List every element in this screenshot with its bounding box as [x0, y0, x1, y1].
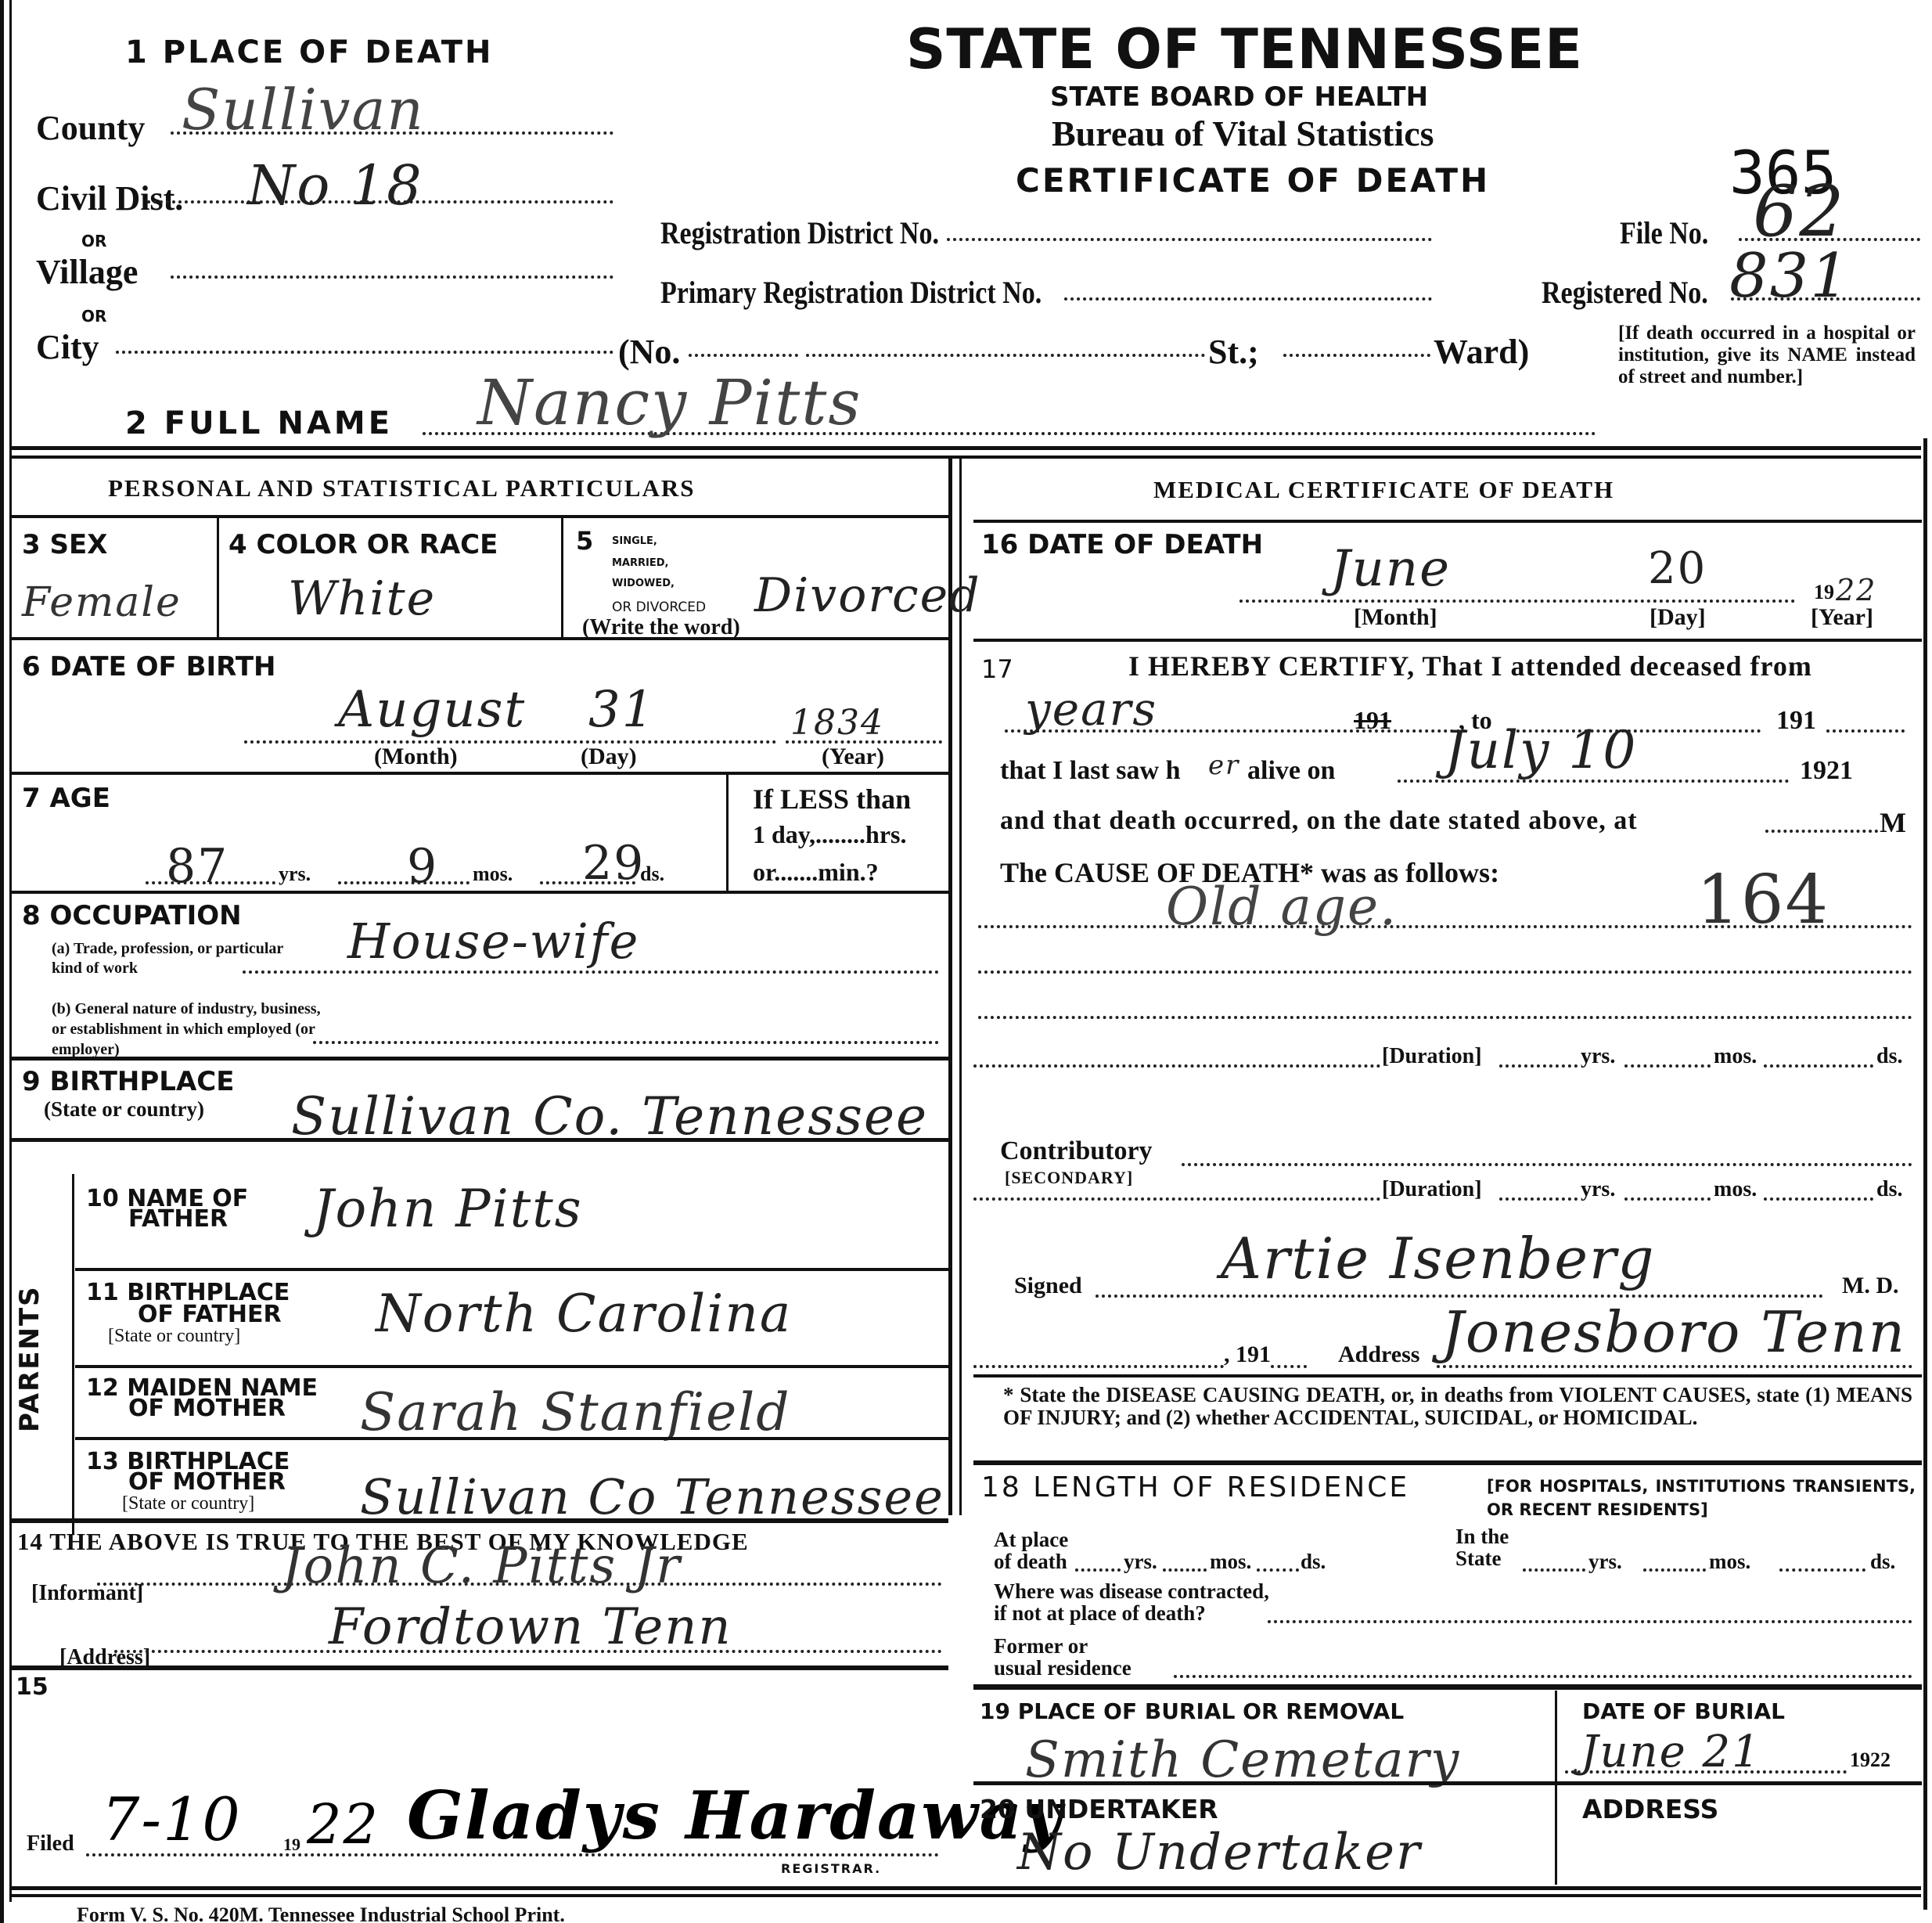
informant-value: John C. Pitts Jr	[282, 1537, 682, 1595]
burial-date-year: 1922	[1850, 1748, 1891, 1772]
secondary-label: [SECONDARY]	[1005, 1168, 1133, 1188]
father-birthplace-label-2: OF FATHER	[138, 1301, 282, 1328]
at-place-mos: mos.	[1210, 1550, 1251, 1574]
cause-footnote: * State the DISEASE CAUSING DEATH, or, i…	[1003, 1384, 1912, 1429]
contributory-label: Contributory	[1000, 1136, 1153, 1166]
duration-yrs-1: yrs.	[1581, 1044, 1615, 1069]
cause-code: 164	[1696, 861, 1829, 939]
primary-registration-line	[1064, 297, 1432, 301]
street-no-line	[689, 354, 798, 357]
primary-registration-label: Primary Registration District No.	[660, 274, 1042, 311]
rule-row-11	[75, 1268, 948, 1271]
less-than-line-3: or.......min.?	[753, 858, 879, 887]
certify-num: 17	[981, 654, 1013, 684]
full-name-value: Nancy Pitts	[477, 366, 862, 439]
at-place-mos-line	[1163, 1568, 1207, 1572]
dob-line	[244, 740, 776, 744]
burial-date-value: June 21	[1581, 1727, 1761, 1777]
dod-line	[1239, 600, 1795, 603]
age-days-unit: ds.	[640, 862, 664, 886]
dod-month: June	[1330, 540, 1451, 598]
rule-row-12	[75, 1365, 948, 1368]
registrar-label: REGISTRAR.	[781, 1861, 881, 1876]
race-label: 4 COLOR OR RACE	[228, 529, 498, 560]
duration-line-1	[973, 1064, 1380, 1068]
duration-mos-2: mos.	[1714, 1177, 1757, 1202]
ward-label: Ward)	[1434, 332, 1529, 372]
less-than-line-2: 1 day,........hrs.	[753, 820, 906, 849]
father-name-value: John Pitts	[313, 1179, 583, 1239]
rule-residence	[973, 1460, 1922, 1465]
divider-burial	[1555, 1691, 1557, 1885]
dob-day: 31	[588, 681, 655, 739]
rule-row-13	[75, 1437, 948, 1440]
rule-informant	[12, 1518, 948, 1523]
father-birthplace-label-3: [State or country]	[108, 1326, 240, 1347]
hospital-note: [If death occurred in a hospital or inst…	[1618, 322, 1916, 388]
mother-birthplace-value: Sullivan Co Tennessee	[360, 1468, 944, 1525]
signed-line	[1096, 1295, 1823, 1298]
rule-certify	[973, 639, 1922, 642]
city-label: City	[36, 327, 99, 367]
duration-yrs-line-2	[1499, 1197, 1578, 1201]
duration-ds-line-1	[1764, 1064, 1873, 1068]
rule-parents	[12, 1138, 948, 1142]
doctor-address-label: Address	[1338, 1341, 1419, 1368]
marital-num: 5	[576, 526, 593, 556]
rule-filed	[12, 1666, 948, 1670]
registration-district-line	[947, 238, 1432, 241]
marital-value: Divorced	[754, 568, 981, 623]
age-months-unit: mos.	[473, 862, 513, 886]
last-saw-text: that I last saw h	[1000, 756, 1180, 786]
doctor-address-line	[1437, 1365, 1912, 1368]
dod-month-caption: [Month]	[1354, 604, 1437, 631]
civil-dist-value: No 18	[247, 153, 423, 218]
to-year: 191	[1776, 706, 1816, 736]
age-months-line	[338, 881, 470, 884]
last-saw-value: July 10	[1445, 720, 1637, 780]
dob-label: 6 DATE OF BIRTH	[22, 651, 275, 682]
dob-day-caption: (Day)	[581, 744, 637, 770]
dob-year-caption: (Year)	[822, 744, 884, 770]
at-place-yrs-line	[1075, 1568, 1121, 1572]
county-value: Sullivan	[182, 77, 425, 142]
dod-label: 16 DATE OF DEATH	[981, 529, 1263, 560]
sex-label: 3 SEX	[22, 529, 107, 560]
civil-dist-label: Civil Dist.	[36, 178, 183, 218]
undertaker-address-label: ADDRESS	[1582, 1794, 1718, 1824]
residence-note: [FOR HOSPITALS, INSTITUTIONS TRANSIENTS,…	[1487, 1475, 1916, 1521]
divider-race-marital	[561, 518, 563, 637]
contracted-label-1: Where was disease contracted,	[994, 1579, 1269, 1604]
mother-birthplace-label-2: OF MOTHER	[128, 1468, 286, 1496]
undertaker-value: No Undertaker	[1017, 1824, 1422, 1882]
burial-place-value: Smith Cemetary	[1025, 1731, 1460, 1789]
board-title: STATE BOARD OF HEALTH	[1050, 81, 1428, 113]
divider-age-less	[726, 775, 729, 891]
filed-year-value: 22	[307, 1792, 380, 1856]
contracted-line	[1268, 1620, 1912, 1623]
rule-row-7	[12, 772, 948, 775]
duration-mos-line-1	[1624, 1064, 1711, 1068]
dod-year-prefix: 19	[1814, 581, 1834, 604]
birthplace-label: 9 BIRTHPLACE	[22, 1066, 234, 1097]
former-residence-label-2: usual residence	[994, 1656, 1131, 1680]
less-than-line-1: If LESS than	[753, 783, 911, 816]
city-line	[116, 351, 613, 354]
mother-birthplace-label-3: [State or country]	[122, 1493, 254, 1514]
divider-sex-race	[217, 518, 219, 637]
duration-mos-1: mos.	[1714, 1044, 1757, 1069]
occupation-a-line	[243, 971, 939, 974]
signed-date-191: , 191	[1224, 1341, 1271, 1368]
dob-month-caption: (Month)	[374, 744, 458, 770]
dob-month: August	[338, 681, 526, 739]
rule-burial	[973, 1684, 1922, 1690]
duration-ds-line-2	[1764, 1197, 1873, 1201]
duration-ds-1: ds.	[1876, 1044, 1902, 1069]
parents-side-label: PARENTS	[14, 1285, 45, 1432]
occurred-line	[1765, 830, 1878, 833]
occupation-b-line	[313, 1041, 939, 1044]
at-place-ds-line	[1257, 1568, 1299, 1572]
filed-value: 7-10	[102, 1784, 242, 1854]
age-label: 7 AGE	[22, 783, 110, 814]
personal-section-title: PERSONAL AND STATISTICAL PARTICULARS	[108, 474, 696, 502]
at-place-label-1: At place	[994, 1528, 1068, 1552]
state-title: STATE OF TENNESSEE	[906, 17, 1583, 81]
rule-medical	[973, 520, 1922, 523]
mother-maiden-label-2: OF MOTHER	[128, 1395, 286, 1422]
attended-from-year: 191	[1354, 706, 1391, 735]
certify-text: I HEREBY CERTIFY, That I attended deceas…	[1128, 650, 1812, 682]
county-label: County	[36, 108, 145, 148]
registrar-signature: Gladys Hardaway	[407, 1777, 1063, 1854]
last-saw-pronoun: er	[1208, 750, 1239, 781]
rule-row-9	[12, 1057, 948, 1061]
mother-maiden-value: Sarah Stanfield	[360, 1382, 791, 1442]
signed-label: Signed	[1014, 1273, 1082, 1299]
occupation-a-value: House-wife	[347, 913, 639, 970]
full-name-label: 2 FULL NAME	[125, 405, 393, 441]
cause-line-2	[978, 971, 1912, 974]
father-name-label-2: FATHER	[128, 1205, 228, 1233]
marital-option-widowed: WIDOWED,	[612, 578, 675, 589]
place-of-death-title: 1 PLACE OF DEATH	[125, 34, 494, 70]
cause-value: Old age.	[1166, 877, 1398, 937]
header-rule-2	[12, 456, 1921, 459]
in-state-mos-line	[1643, 1568, 1706, 1572]
registered-no-label: Registered No.	[1542, 274, 1708, 311]
village-line	[171, 275, 613, 279]
duration-yrs-2: yrs.	[1581, 1177, 1615, 1202]
marital-option-single: SINGLE,	[612, 535, 657, 547]
age-months: 9	[407, 839, 438, 894]
to-year-line	[1826, 729, 1905, 733]
dod-day-caption: [Day]	[1650, 604, 1706, 631]
duration-label-1: [Duration]	[1382, 1044, 1482, 1069]
marital-option-divorced: OR DIVORCED	[612, 600, 706, 615]
signed-date-line	[973, 1365, 1224, 1368]
attended-from-value: years	[1025, 682, 1157, 736]
md-label: M. D.	[1842, 1273, 1898, 1299]
street-line	[806, 354, 1205, 357]
in-state-label-2: State	[1455, 1547, 1501, 1571]
left-border	[0, 0, 4, 1923]
signed-value: Artie Isenberg	[1221, 1226, 1655, 1291]
dod-year-caption: [Year]	[1811, 604, 1873, 631]
cause-line-3	[978, 1016, 1912, 1019]
bottom-rule-2	[12, 1894, 1921, 1897]
duration-line-2	[973, 1197, 1380, 1201]
right-border	[1923, 438, 1927, 1910]
street-label: St.;	[1208, 332, 1259, 372]
medical-section-title: MEDICAL CERTIFICATE OF DEATH	[1153, 476, 1614, 504]
race-value: White	[288, 571, 436, 626]
occupation-b-label: (b) General nature of industry, business…	[52, 999, 333, 1060]
contracted-label-2: if not at place of death?	[994, 1601, 1206, 1626]
alive-on-label: alive on	[1247, 756, 1335, 786]
village-label: Village	[36, 252, 138, 292]
in-state-ds-line	[1779, 1568, 1865, 1572]
occurred-text: and that death occurred, on the date sta…	[1000, 806, 1638, 836]
dod-day: 20	[1648, 543, 1707, 594]
registration-district-label: Registration District No.	[660, 214, 939, 251]
registered-no-value: 831	[1729, 241, 1851, 311]
filed-num: 15	[16, 1673, 49, 1701]
informant-address-value: Fordtown Tenn	[329, 1598, 732, 1656]
former-residence-line	[1174, 1675, 1912, 1678]
or-label-1: OR	[81, 232, 106, 250]
in-state-mos: mos.	[1709, 1550, 1750, 1574]
father-birthplace-value: North Carolina	[376, 1284, 792, 1344]
marital-option-married: MARRIED,	[612, 557, 668, 569]
rule-personal	[12, 515, 948, 518]
bureau-title: Bureau of Vital Statistics	[1052, 113, 1434, 154]
age-years: 87	[166, 839, 228, 894]
rule-row-8	[12, 891, 948, 894]
signed-year-line	[1271, 1365, 1307, 1368]
occupation-label: 8 OCCUPATION	[22, 900, 242, 931]
dob-year: 1834	[790, 703, 884, 743]
form-footer: Form V. S. No. 420M. Tennessee Industria…	[77, 1903, 565, 1923]
age-years-unit: yrs.	[279, 862, 311, 886]
at-place-yrs: yrs.	[1124, 1550, 1157, 1574]
rule-undertaker	[973, 1781, 1922, 1785]
burial-place-label: 19 PLACE OF BURIAL OR REMOVAL	[980, 1698, 1404, 1724]
or-label-2: OR	[81, 307, 106, 326]
filed-label: Filed	[27, 1831, 74, 1856]
former-residence-label-1: Former or	[994, 1634, 1088, 1658]
residence-title: 18 LENGTH OF RESIDENCE	[981, 1471, 1409, 1503]
contributory-line	[1182, 1163, 1912, 1166]
parents-divider	[72, 1174, 74, 1534]
header-rule-1	[12, 446, 1921, 450]
in-state-yrs: yrs.	[1588, 1550, 1622, 1574]
in-state-label-1: In the	[1455, 1525, 1509, 1549]
birthplace-sub: (State or country)	[44, 1097, 204, 1122]
duration-label-2: [Duration]	[1382, 1177, 1482, 1202]
rule-footnote	[973, 1374, 1922, 1377]
bottom-rule-1	[12, 1886, 1921, 1890]
burial-date-label: DATE OF BURIAL	[1582, 1698, 1785, 1724]
occurred-suffix: M	[1880, 806, 1906, 839]
last-saw-year: 1921	[1800, 756, 1853, 786]
in-state-yrs-line	[1523, 1568, 1585, 1572]
ward-line	[1283, 354, 1430, 357]
certificate-title: CERTIFICATE OF DEATH	[1016, 161, 1490, 200]
rule-row-6	[12, 637, 948, 640]
at-place-label-2: of death	[994, 1550, 1067, 1574]
filed-year-prefix: 19	[283, 1835, 300, 1855]
age-days: 29	[582, 836, 645, 891]
duration-mos-line-2	[1624, 1197, 1711, 1201]
left-border-inner	[9, 0, 12, 1902]
sex-value: Female	[22, 579, 182, 626]
doctor-address-value: Jonesboro Tenn	[1441, 1299, 1906, 1365]
undertaker-label: 20 UNDERTAKER	[980, 1794, 1218, 1824]
at-place-ds: ds.	[1301, 1550, 1326, 1574]
duration-ds-2: ds.	[1876, 1177, 1902, 1202]
dod-year: 22	[1836, 573, 1876, 607]
duration-yrs-line-1	[1499, 1064, 1578, 1068]
file-no-label: File No.	[1620, 214, 1708, 251]
in-state-ds: ds.	[1870, 1550, 1895, 1574]
